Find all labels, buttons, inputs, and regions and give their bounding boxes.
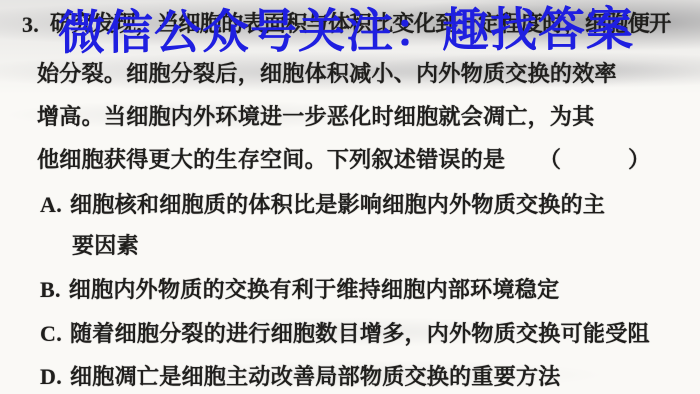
option-a-text: 细胞核和细胞质的体积比是影响细胞内外物质交换的主 bbox=[70, 192, 605, 217]
question-stem-line-4: 他细胞获得更大的生存空间。下列叙述错误的是 （ ） bbox=[37, 147, 650, 173]
option-a-text-line-2: 要因素 bbox=[72, 233, 139, 259]
question-stem-line-3: 增高。当细胞内外环境进一步恶化时细胞就会凋亡，为其 bbox=[37, 104, 595, 130]
question-stem-line-1: 研究发现，当细胞的表面积与体积比变化到一定程度时，细胞便开 bbox=[50, 11, 671, 37]
option-b-text: 细胞内外物质的交换有利于维持细胞内部环境稳定 bbox=[69, 277, 560, 302]
option-d-text: 细胞凋亡是细胞主动改善局部物质交换的重要方法 bbox=[70, 364, 561, 389]
question-stem-line-2: 始分裂。细胞分裂后，细胞体积减小、内外物质交换的效率 bbox=[37, 61, 617, 87]
option-d: D.细胞凋亡是细胞主动改善局部物质交换的重要方法 bbox=[40, 364, 561, 390]
option-c-text: 随着细胞分裂的进行细胞数目增多，内外物质交换可能受阻 bbox=[70, 321, 650, 346]
option-b: B.细胞内外物质的交换有利于维持细胞内部环境稳定 bbox=[40, 277, 559, 303]
option-c: C.随着细胞分裂的进行细胞数目增多，内外物质交换可能受阻 bbox=[40, 321, 650, 347]
option-a: A.细胞核和细胞质的体积比是影响细胞内外物质交换的主 bbox=[40, 192, 605, 218]
question-number: 3. bbox=[22, 12, 39, 38]
option-b-label: B. bbox=[40, 277, 61, 302]
option-d-label: D. bbox=[40, 364, 62, 389]
scanned-exam-page: 3. 研究发现，当细胞的表面积与体积比变化到一定程度时，细胞便开 始分裂。细胞分… bbox=[0, 0, 700, 394]
option-a-label: A. bbox=[40, 192, 62, 217]
option-c-label: C. bbox=[40, 321, 62, 346]
